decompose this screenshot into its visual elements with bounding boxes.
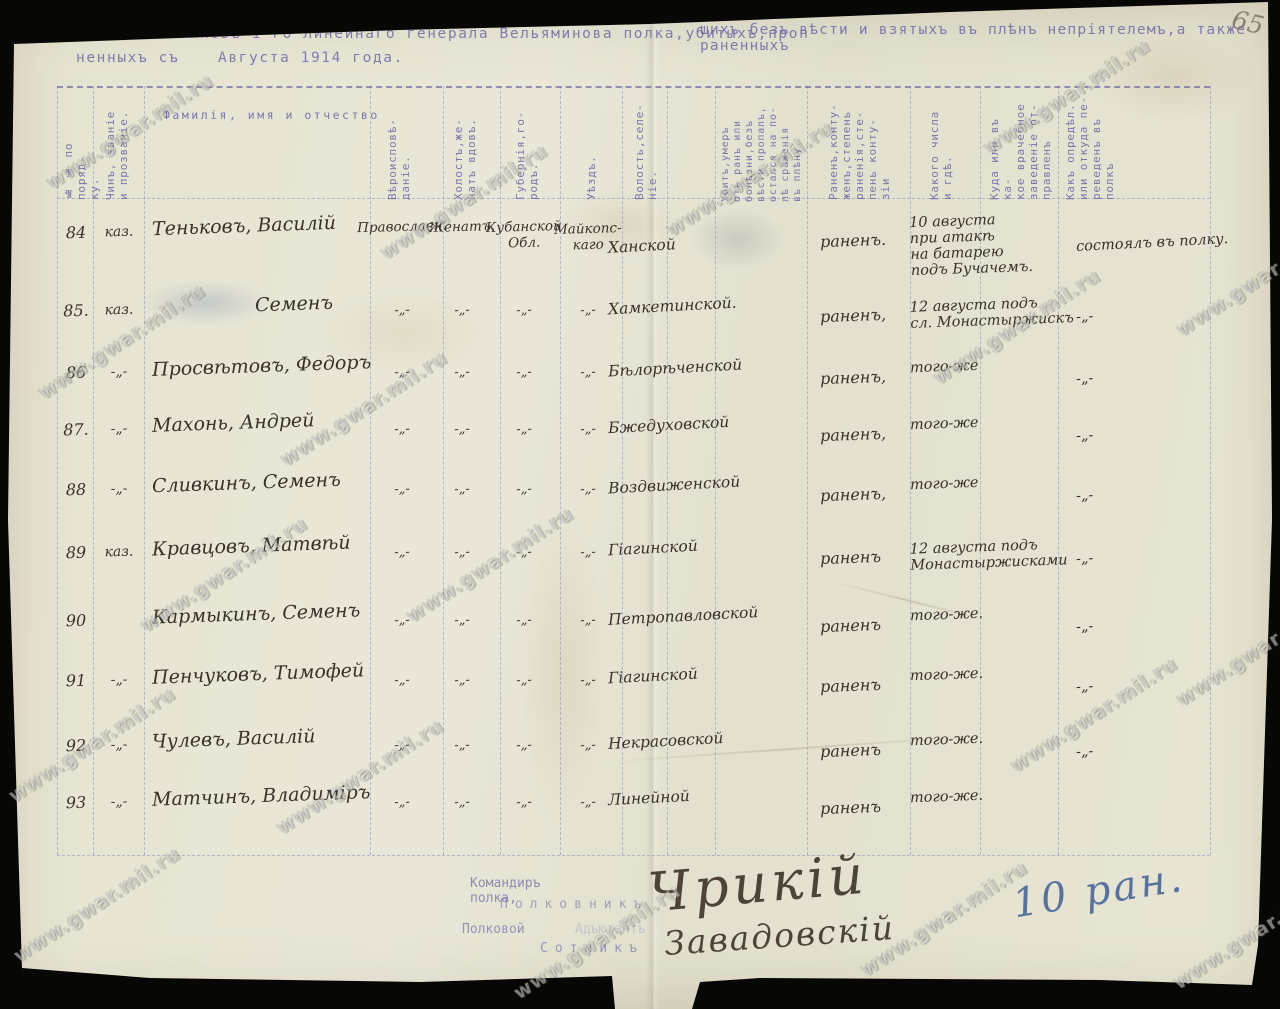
cell-date: того-же.: [910, 788, 984, 807]
cell-name: Сливкинъ, Семенъ: [152, 469, 341, 498]
cell-wounded: раненъ,: [820, 484, 887, 505]
row-number: 88: [58, 480, 94, 500]
table-column-line: [807, 86, 808, 855]
column-header-name: Фамилія, имя и отчество: [163, 108, 380, 122]
blue-pencil-note: 10 ран.: [1009, 855, 1187, 928]
column-header-province: Губернія,го- родъ.: [514, 92, 540, 200]
adjutant-typed-line: Полковой: [462, 922, 525, 937]
document-paper: Воинскихъ чиновъ 1-го Линейнаго генерала…: [0, 0, 1280, 1009]
row-number: 93: [58, 793, 94, 813]
cell-wounded: раненъ,: [820, 305, 887, 326]
row-number: 86: [58, 363, 94, 383]
sotnik-typed-line: Сотникъ: [540, 941, 644, 956]
cell-note: -„-: [1076, 309, 1094, 326]
cell-note: -„-: [1076, 551, 1094, 568]
column-header-killed: Убитъ,умеръ отъ ранъ или болѣзни,безъ вѣ…: [720, 92, 804, 202]
cell-rank: -„-: [95, 363, 143, 380]
row-number: 84: [58, 223, 94, 243]
cell-name: Кармыкинъ, Семенъ: [152, 599, 361, 628]
colonel-typed-line: Полковникъ: [500, 897, 648, 912]
table-column-line: [1058, 86, 1059, 855]
cell-wounded: раненъ: [820, 615, 882, 636]
cell-name: Махонь, Андрей: [152, 409, 315, 437]
cell-date: того-же: [910, 358, 979, 376]
cell-date: того-же: [910, 475, 979, 493]
cell-note: состоялъ въ полку.: [1076, 231, 1229, 255]
cell-village: Хамкетинской.: [608, 294, 737, 319]
cell-village: Петропавловской: [608, 603, 759, 629]
cell-note: -„-: [1076, 744, 1094, 761]
column-header-sent: Куда или въ ка- кое врачебное заведеніе …: [988, 92, 1053, 200]
column-header-village: Волость,селе- ніе.: [633, 92, 659, 200]
cell-village: Гіагинской: [608, 537, 699, 560]
cell-rank: -„-: [95, 793, 143, 810]
cell-note: -„-: [1076, 371, 1094, 388]
cell-village: Бжедуховской: [608, 413, 730, 437]
column-header-wounded: Раненъ,конту- женъ,степень раненія,сте- …: [827, 92, 892, 200]
cell-rank: каз.: [95, 301, 143, 318]
cell-wounded: раненъ,: [820, 367, 887, 388]
cell-village: Линейной: [608, 787, 691, 809]
cell-rank: каз.: [95, 543, 143, 560]
cell-date: 12 августа подъ Монастыржисками: [909, 536, 1067, 573]
document-title-date: Августа 1914 года.: [218, 50, 404, 66]
cell-date: 12 августа подъ сл. Монастыржискъ: [909, 294, 1074, 332]
cell-wounded: раненъ: [820, 675, 882, 696]
cell-date: того-же.: [910, 606, 984, 625]
row-number: 92: [58, 736, 94, 756]
cell-name: Кравцовъ, Матвѣй: [152, 532, 351, 561]
cell-village: Гіагинской: [608, 665, 699, 688]
cell-date: того-же.: [910, 731, 984, 750]
row-number: 91: [58, 671, 94, 691]
column-header-uyezd: Уѣздъ.: [585, 92, 598, 200]
cell-date: того-же.: [910, 666, 984, 685]
scanned-document: Воинскихъ чиновъ 1-го Линейнаго генерала…: [0, 0, 1280, 1009]
cell-village: Воздвиженской: [608, 473, 741, 498]
cell-rank: каз.: [95, 223, 143, 240]
table-column-line: [1210, 86, 1211, 855]
cell-wounded: раненъ: [820, 797, 882, 818]
row-number: 87.: [58, 420, 94, 440]
cell-rank: -„-: [95, 420, 143, 437]
cell-rank: -„-: [95, 671, 143, 688]
column-header-date: Какого числа и гдѣ.: [928, 92, 954, 200]
cell-wounded: раненъ: [820, 740, 882, 761]
cell-name: Чулевъ, Василій: [152, 725, 316, 753]
column-header-faith: Вѣроисповѣ- даніе.: [386, 92, 412, 200]
paper-stain: [690, 208, 785, 270]
cell-village: Бѣлорѣченской: [608, 356, 743, 381]
column-header-marital: Холостъ,же- натъ вдовъ.: [452, 92, 478, 200]
cell-note: -„-: [1076, 488, 1094, 505]
column-header-note: Какъ опредѣл. или откуда пе- реведенъ въ…: [1064, 92, 1116, 200]
cell-rank: -„-: [95, 480, 143, 497]
table-rule: [57, 855, 1210, 856]
document-title-line1-right: шихъ безъ вѣсти и взятыхъ въ плѣнъ непрі…: [700, 22, 1280, 54]
cell-note: -„-: [1076, 619, 1094, 636]
cell-date: 10 августа при атакѣ на батарею подъ Буч…: [909, 211, 1033, 279]
cell-wounded: раненъ,: [820, 424, 887, 445]
cell-name: Теньковъ, Василій: [152, 212, 337, 240]
ink-smudge: [138, 280, 273, 326]
cell-date: того-же: [910, 415, 979, 433]
cell-wounded: раненъ: [820, 547, 882, 568]
cell-note: -„-: [1076, 679, 1094, 696]
cell-wounded: раненъ.: [820, 230, 887, 251]
cell-note: -„-: [1076, 428, 1094, 445]
table-column-line: [144, 86, 145, 855]
cell-name: Матчинъ, Владиміръ: [152, 781, 371, 811]
cell-name: Просвѣтовъ, Федоръ: [152, 351, 372, 381]
row-number: 85.: [58, 301, 94, 321]
column-header-num: № № по поряд- ку.: [62, 92, 101, 200]
cell-village: Некрасовской: [608, 729, 724, 753]
adjutant-typed-line-2: Адъютантъ: [575, 922, 645, 937]
table-rule: [57, 86, 1210, 88]
row-number: 90: [58, 611, 94, 631]
cell-name: Пенчуковъ, Тимофей: [152, 659, 365, 688]
cell-village: Ханской: [608, 235, 677, 257]
row-number: 89: [58, 543, 94, 563]
column-header-rank: Чинъ, званіе и прозваніе.: [104, 92, 130, 200]
document-title-line2-left: ненныхъ съ: [76, 50, 179, 66]
cell-name: Семенъ: [255, 292, 334, 317]
cell-rank: -„-: [95, 736, 143, 753]
